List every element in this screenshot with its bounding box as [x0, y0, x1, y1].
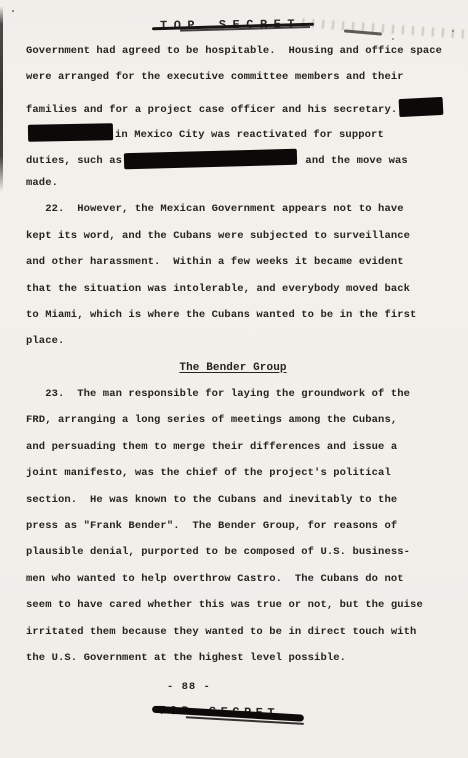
text-run: the U.S. Government at the highest level…: [26, 652, 346, 664]
document-line: press as "Frank Bender". The Bender Grou…: [26, 520, 440, 546]
text-run: 23. The man responsible for laying the g…: [26, 388, 410, 400]
document-line: seem to have cared whether this was true…: [26, 599, 440, 625]
text-run: place.: [26, 335, 64, 347]
text-run: seem to have cared whether this was true…: [26, 599, 423, 611]
text-run: were arranged for the executive committe…: [26, 71, 404, 83]
document-line: duties, such as and the move was: [26, 151, 440, 177]
document-line: plausible denial, purported to be compos…: [26, 546, 440, 572]
scanned-document-page: TOP SECRET Government had agreed to be h…: [0, 0, 468, 758]
text-run: and persuading them to merge their diffe…: [26, 441, 397, 453]
document-line: 23. The man responsible for laying the g…: [26, 388, 440, 414]
photocopy-edge-artifact: [0, 6, 3, 192]
text-run: that the situation was intolerable, and …: [26, 283, 410, 295]
text-run: kept its word, and the Cubans were subje…: [26, 230, 410, 242]
document-line: men who wanted to help overthrow Castro.…: [26, 573, 440, 599]
document-line: that the situation was intolerable, and …: [26, 283, 440, 309]
document-line: place.: [26, 335, 440, 361]
text-run: to Miami, which is where the Cubans want…: [26, 309, 416, 321]
text-run: and the move was: [299, 155, 408, 167]
text-run: duties, such as: [26, 155, 122, 167]
text-run: FRD, arranging a long series of meetings…: [26, 414, 397, 426]
text-run: families and for a project case officer …: [26, 104, 397, 116]
document-line: 22. However, the Mexican Government appe…: [26, 203, 440, 229]
text-run: men who wanted to help overthrow Castro.…: [26, 573, 404, 585]
document-line: and other harassment. Within a few weeks…: [26, 256, 440, 282]
top-secret-stamp-bottom: TOP SECRET: [158, 704, 279, 721]
text-run: and other harassment. Within a few weeks…: [26, 256, 404, 268]
document-line: were arranged for the executive committe…: [26, 71, 440, 97]
document-line: FRD, arranging a long series of meetings…: [26, 414, 440, 440]
document-line: in Mexico City was reactivated for suppo…: [26, 124, 440, 150]
document-line: irritated them because they wanted to be…: [26, 626, 440, 652]
redaction-bar: [124, 148, 297, 169]
text-run: joint manifesto, was the chief of the pr…: [26, 467, 391, 479]
text-run: plausible denial, purported to be compos…: [26, 546, 410, 558]
text-run: in Mexico City was reactivated for suppo…: [115, 129, 384, 141]
section-heading: The Bender Group: [26, 362, 440, 388]
redaction-bar: [399, 97, 444, 117]
text-run: 22. However, the Mexican Government appe…: [26, 203, 404, 215]
document-line: joint manifesto, was the chief of the pr…: [26, 467, 440, 493]
document-line: the U.S. Government at the highest level…: [26, 652, 440, 678]
document-line: Government had agreed to be hospitable. …: [26, 45, 440, 71]
redaction-bar: [28, 123, 113, 141]
document-body: Government had agreed to be hospitable. …: [26, 45, 440, 678]
document-line: and persuading them to merge their diffe…: [26, 441, 440, 467]
document-line: made.: [26, 177, 440, 203]
document-line: to Miami, which is where the Cubans want…: [26, 309, 440, 335]
scan-smudge-streak: [302, 18, 464, 38]
top-secret-stamp-top: TOP SECRET: [160, 17, 301, 32]
text-run: section. He was known to the Cubans and …: [26, 494, 397, 506]
text-run: irritated them because they wanted to be…: [26, 626, 416, 638]
document-line: families and for a project case officer …: [26, 98, 440, 124]
section-heading-text: The Bender Group: [179, 362, 286, 374]
document-line: section. He was known to the Cubans and …: [26, 494, 440, 520]
scan-noise-specks: [0, 0, 2, 2]
page-number: - 88 -: [167, 681, 211, 693]
text-run: press as "Frank Bender". The Bender Grou…: [26, 520, 397, 532]
text-run: Government had agreed to be hospitable. …: [26, 45, 442, 57]
document-lines: Government had agreed to be hospitable. …: [26, 45, 440, 678]
document-line: kept its word, and the Cubans were subje…: [26, 230, 440, 256]
text-run: made.: [26, 177, 58, 189]
